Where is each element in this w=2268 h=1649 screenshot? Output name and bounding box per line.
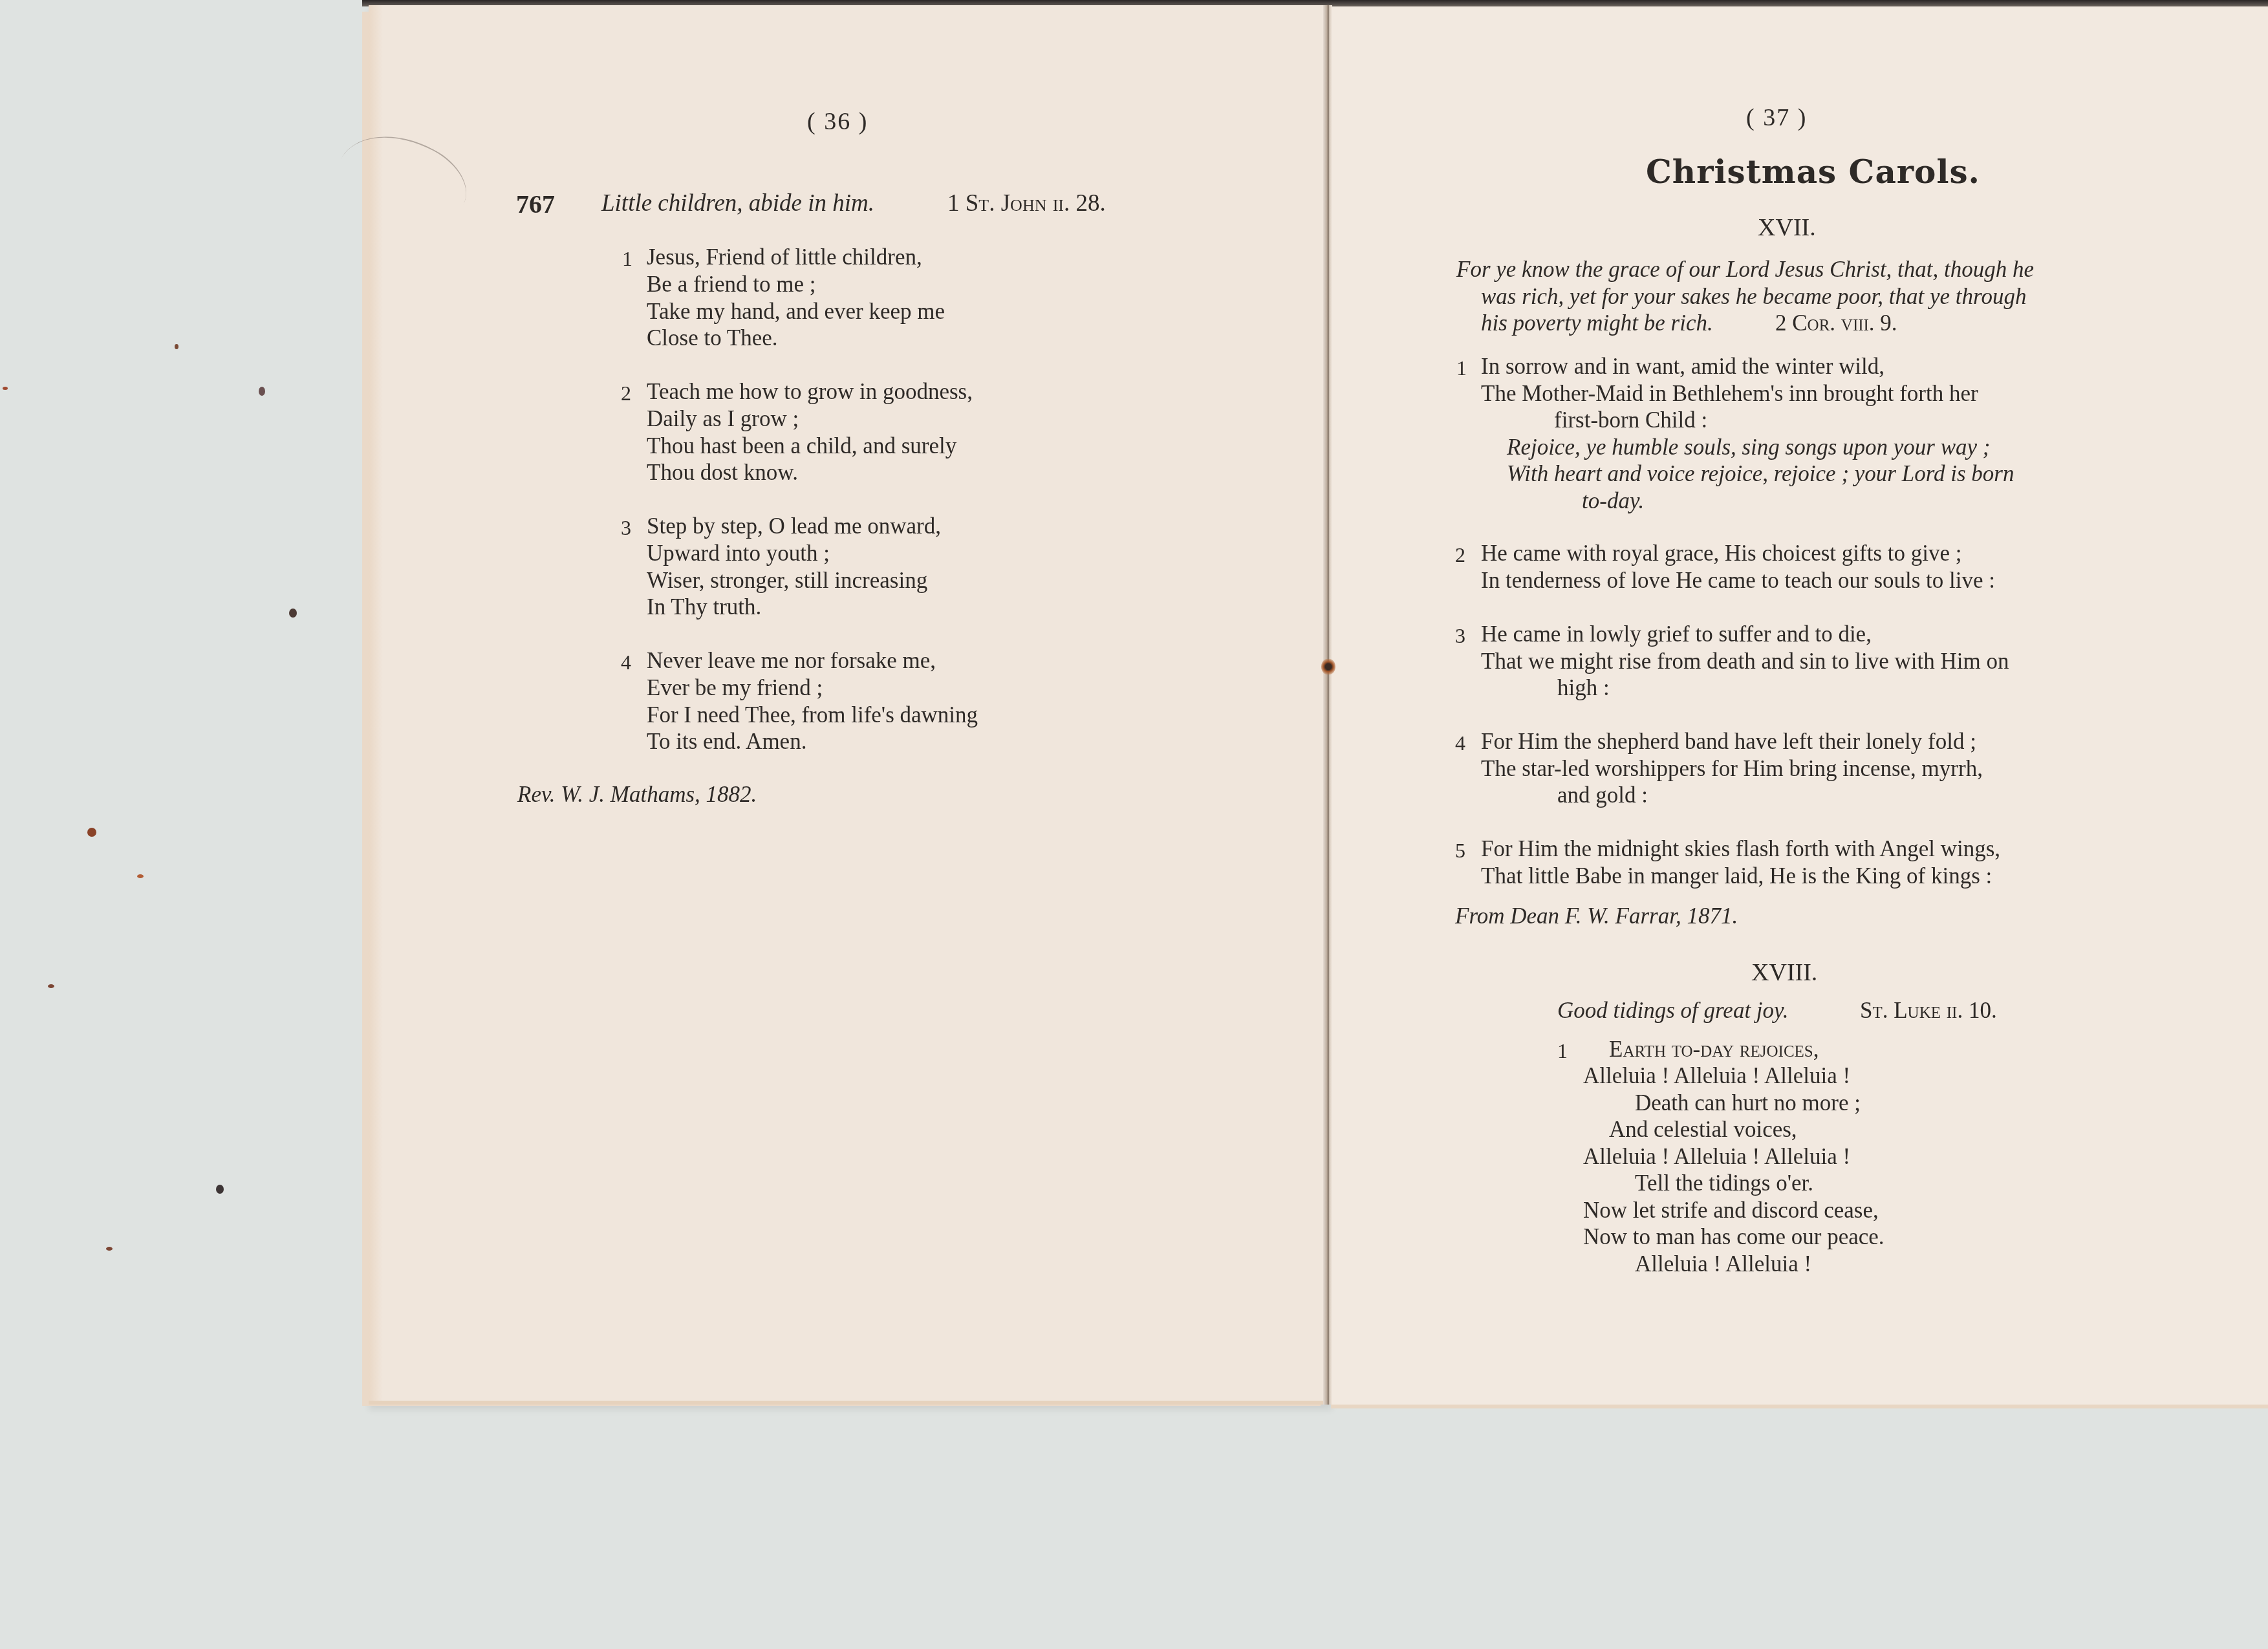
verse-line: Upward into youth ;: [647, 540, 830, 567]
section-title: Christmas Carols.: [1646, 153, 1980, 191]
verse-number: 4: [1455, 729, 1465, 757]
verse-line: That we might rise from death and sin to…: [1481, 648, 2009, 675]
verse-line: In tenderness of love He came to teach o…: [1481, 567, 1995, 594]
background-speck: [175, 344, 178, 349]
epigraph-line: For ye know the grace of our Lord Jesus …: [1456, 256, 2034, 283]
background-speck: [87, 828, 96, 837]
background-speck: [216, 1185, 224, 1194]
verse-line: Step by step, O lead me onward,: [647, 513, 941, 540]
verse-line: Tell the tidings o'er.: [1635, 1170, 1813, 1197]
page-number-37: ( 37 ): [1746, 103, 1807, 132]
hymn-text-reference: 1 St. John ii. 28.: [947, 190, 1106, 217]
verse-line: Now to man has come our peace.: [1583, 1223, 1885, 1251]
verse-line: Thou hast been a child, and surely: [647, 433, 956, 460]
verse-number: 1: [1557, 1037, 1568, 1064]
epigraph-line: was rich, yet for your sakes he became p…: [1481, 283, 2026, 310]
verse-number: 1: [622, 245, 632, 272]
verse-line: The star-led worshippers for Him bring i…: [1481, 755, 1983, 782]
background-speck: [48, 984, 54, 988]
verse-line: and gold :: [1557, 782, 1648, 809]
page-number-36: ( 36 ): [807, 107, 868, 136]
epigraph-reference: 2 Cor. viii. 9.: [1775, 310, 1897, 337]
verse-line: Take my hand, and ever keep me: [647, 298, 945, 325]
verse-line: Alleluia ! Alleluia ! Alleluia !: [1583, 1143, 1850, 1170]
verse-line: Now let strife and discord cease,: [1583, 1197, 1879, 1224]
verse-line: high :: [1557, 674, 1610, 702]
verse-number: 3: [1455, 622, 1465, 649]
verse-line: He came in lowly grief to suffer and to …: [1481, 621, 1872, 648]
hymn-author: Rev. W. J. Mathams, 1882.: [517, 781, 757, 808]
verse-line: Daily as I grow ;: [647, 405, 799, 433]
carol-18-text-title: Good tidings of great joy.: [1557, 997, 1788, 1024]
verse-line: The Mother-Maid in Bethlehem's inn broug…: [1481, 380, 1978, 407]
verse-number: 5: [1455, 837, 1465, 864]
verse-line: That little Babe in manger laid, He is t…: [1481, 863, 1992, 890]
verse-line: Wiser, stronger, still increasing: [647, 567, 927, 594]
verse-line: To its end. Amen.: [647, 728, 806, 755]
verse-line: For I need Thee, from life's dawning: [647, 702, 978, 729]
background-speck: [3, 387, 8, 390]
background-speck: [137, 874, 144, 878]
verse-line: Never leave me nor forsake me,: [647, 647, 936, 674]
verse-line: He came with royal grace, His choicest g…: [1481, 540, 1962, 567]
refrain-line: With heart and voice rejoice, rejoice ; …: [1507, 460, 2014, 488]
verse-line: In sorrow and in want, amid the winter w…: [1481, 353, 1885, 380]
hymn-text-title: Little children, abide in him.: [601, 190, 874, 217]
verse-line: And celestial voices,: [1609, 1116, 1797, 1143]
carol-17-author: From Dean F. W. Farrar, 1871.: [1455, 903, 1738, 930]
verse-number: 2: [1455, 541, 1465, 568]
verse-line: Death can hurt no more ;: [1635, 1090, 1861, 1117]
verse-number: 4: [621, 649, 631, 676]
refrain-line: to-day.: [1582, 488, 1644, 515]
verse-line: In Thy truth.: [647, 594, 761, 621]
verse-line: Earth to-day rejoices,: [1609, 1036, 1819, 1063]
epigraph-line: his poverty might be rich.: [1481, 310, 1713, 337]
verse-line: Alleluia ! Alleluia ! Alleluia !: [1583, 1062, 1850, 1090]
verse-line: Be a friend to me ;: [647, 271, 815, 298]
verse-line: Close to Thee.: [647, 325, 778, 352]
carol-numeral-xvii: XVII.: [1758, 213, 1816, 242]
verse-line: For Him the midnight skies flash forth w…: [1481, 835, 2000, 863]
verse-number: 1: [1456, 354, 1467, 382]
refrain-line: Rejoice, ye humble souls, sing songs upo…: [1507, 434, 1991, 461]
verse-line: For Him the shepherd band have left thei…: [1481, 728, 1976, 755]
background-speck: [259, 387, 265, 396]
carol-18-text-reference: St. Luke ii. 10.: [1860, 997, 1997, 1024]
verse-line: first-born Child :: [1554, 407, 1707, 434]
carol-numeral-xviii: XVIII.: [1751, 958, 1817, 987]
rust-staple-mark: [1321, 658, 1335, 675]
book-spine: [1323, 5, 1332, 1405]
verse-number: 2: [621, 380, 631, 407]
verse-line: Jesus, Friend of little children,: [647, 244, 922, 271]
verse-line: Alleluia ! Alleluia !: [1635, 1251, 1811, 1278]
background-speck: [289, 609, 297, 618]
background-speck: [106, 1247, 113, 1251]
verse-number: 3: [621, 514, 631, 541]
verse-line: Ever be my friend ;: [647, 674, 823, 702]
verse-line: Thou dost know.: [647, 459, 798, 486]
verse-line: Teach me how to grow in goodness,: [647, 378, 973, 405]
hymn-number: 767: [516, 189, 555, 219]
